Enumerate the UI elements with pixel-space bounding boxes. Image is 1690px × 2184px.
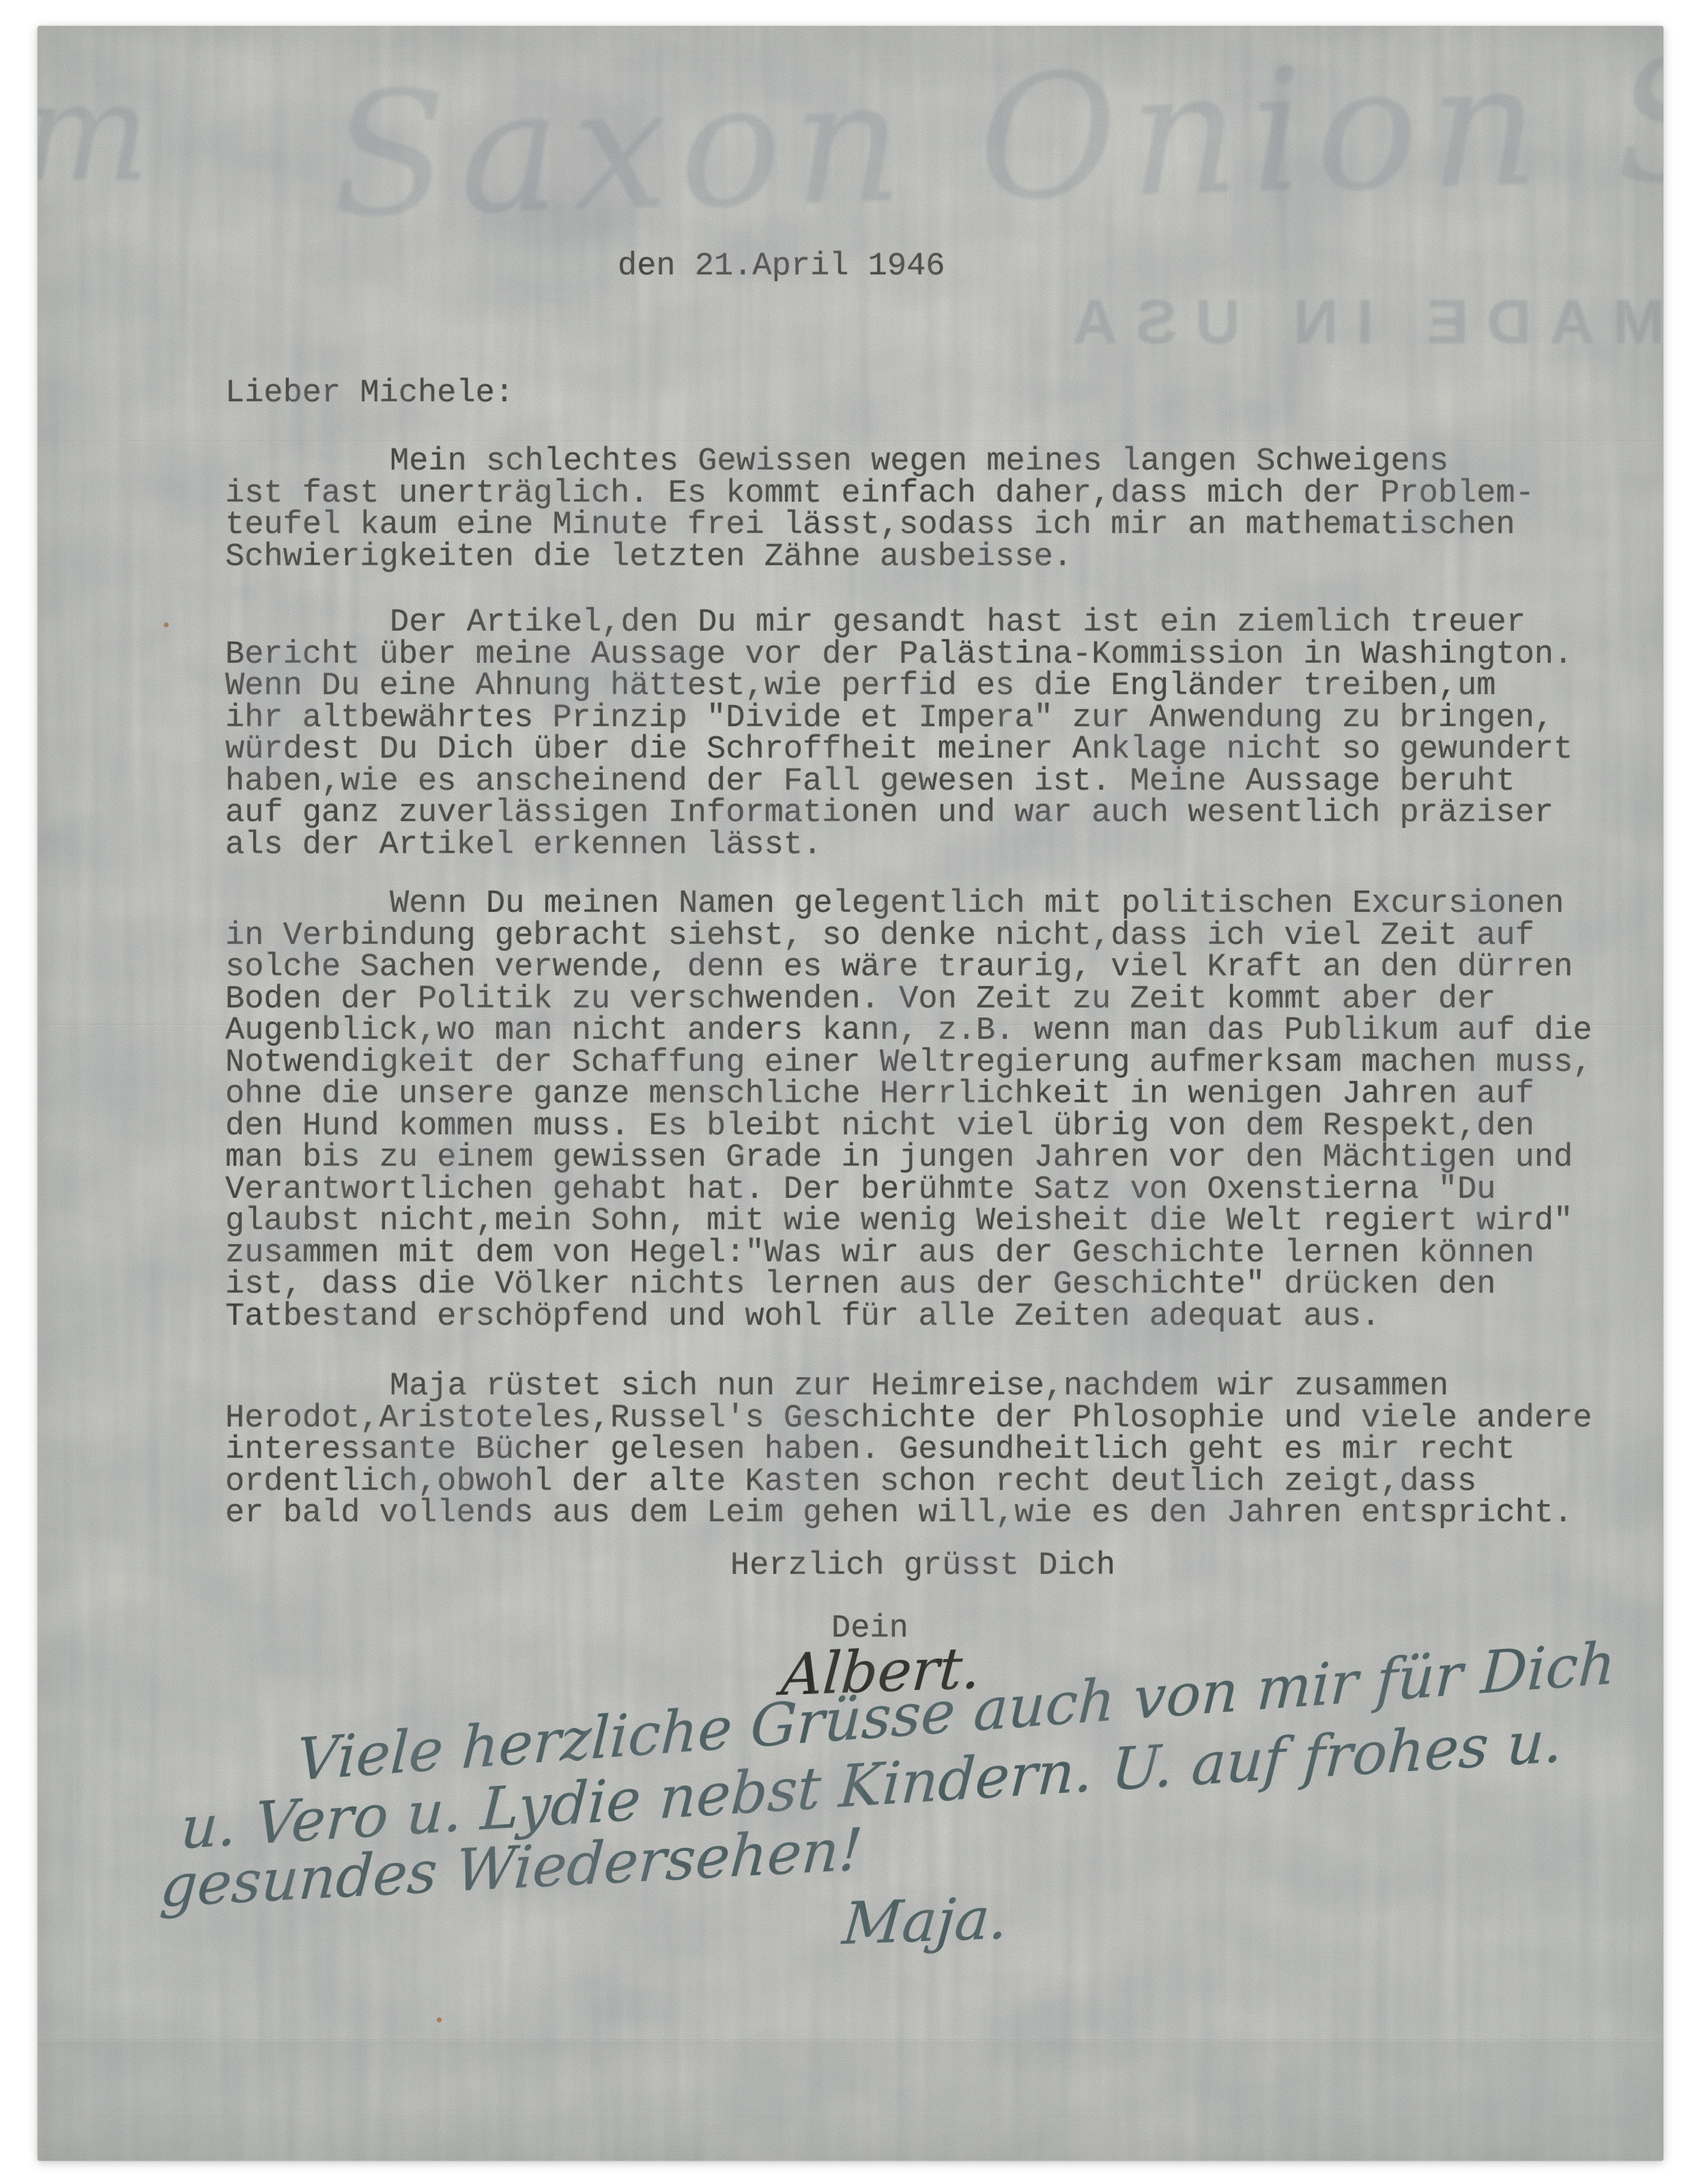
rust-spot [437,2017,442,2022]
letter-page: m Saxon Onion S MADE IN USA den 21.April… [38,26,1663,2161]
salutation: Lieber Michele: [225,378,1659,410]
watermark-script-fragment: m [38,53,150,212]
rust-spot [164,622,169,627]
closing-line: Herzlich grüsst Dich [730,1551,1663,1583]
ink-bleed-smudge [1252,77,1321,418]
paragraph-2: Der Artikel,den Du mir gesandt hast ist … [225,607,1659,861]
scan-background: m Saxon Onion S MADE IN USA den 21.April… [0,0,1690,2184]
paragraph-3: Wenn Du meinen Namen gelegentlich mit po… [225,889,1659,1333]
made-in-usa-watermark: MADE IN USA [1055,287,1663,358]
paragraph-1: Mein schlechtes Gewissen wegen meines la… [225,446,1659,573]
maja-signature: Maja. [840,1884,1011,1958]
bottom-fold-shading [38,2041,1663,2161]
fold-crease-horizontal [38,2110,1663,2112]
fold-crease-horizontal [38,2039,1663,2041]
date-line: den 21.April 1946 [618,251,1663,283]
fold-crease-horizontal [38,440,1663,442]
paragraph-4: Maja rüstet sich nun zur Heimreise,nachd… [225,1371,1659,1530]
